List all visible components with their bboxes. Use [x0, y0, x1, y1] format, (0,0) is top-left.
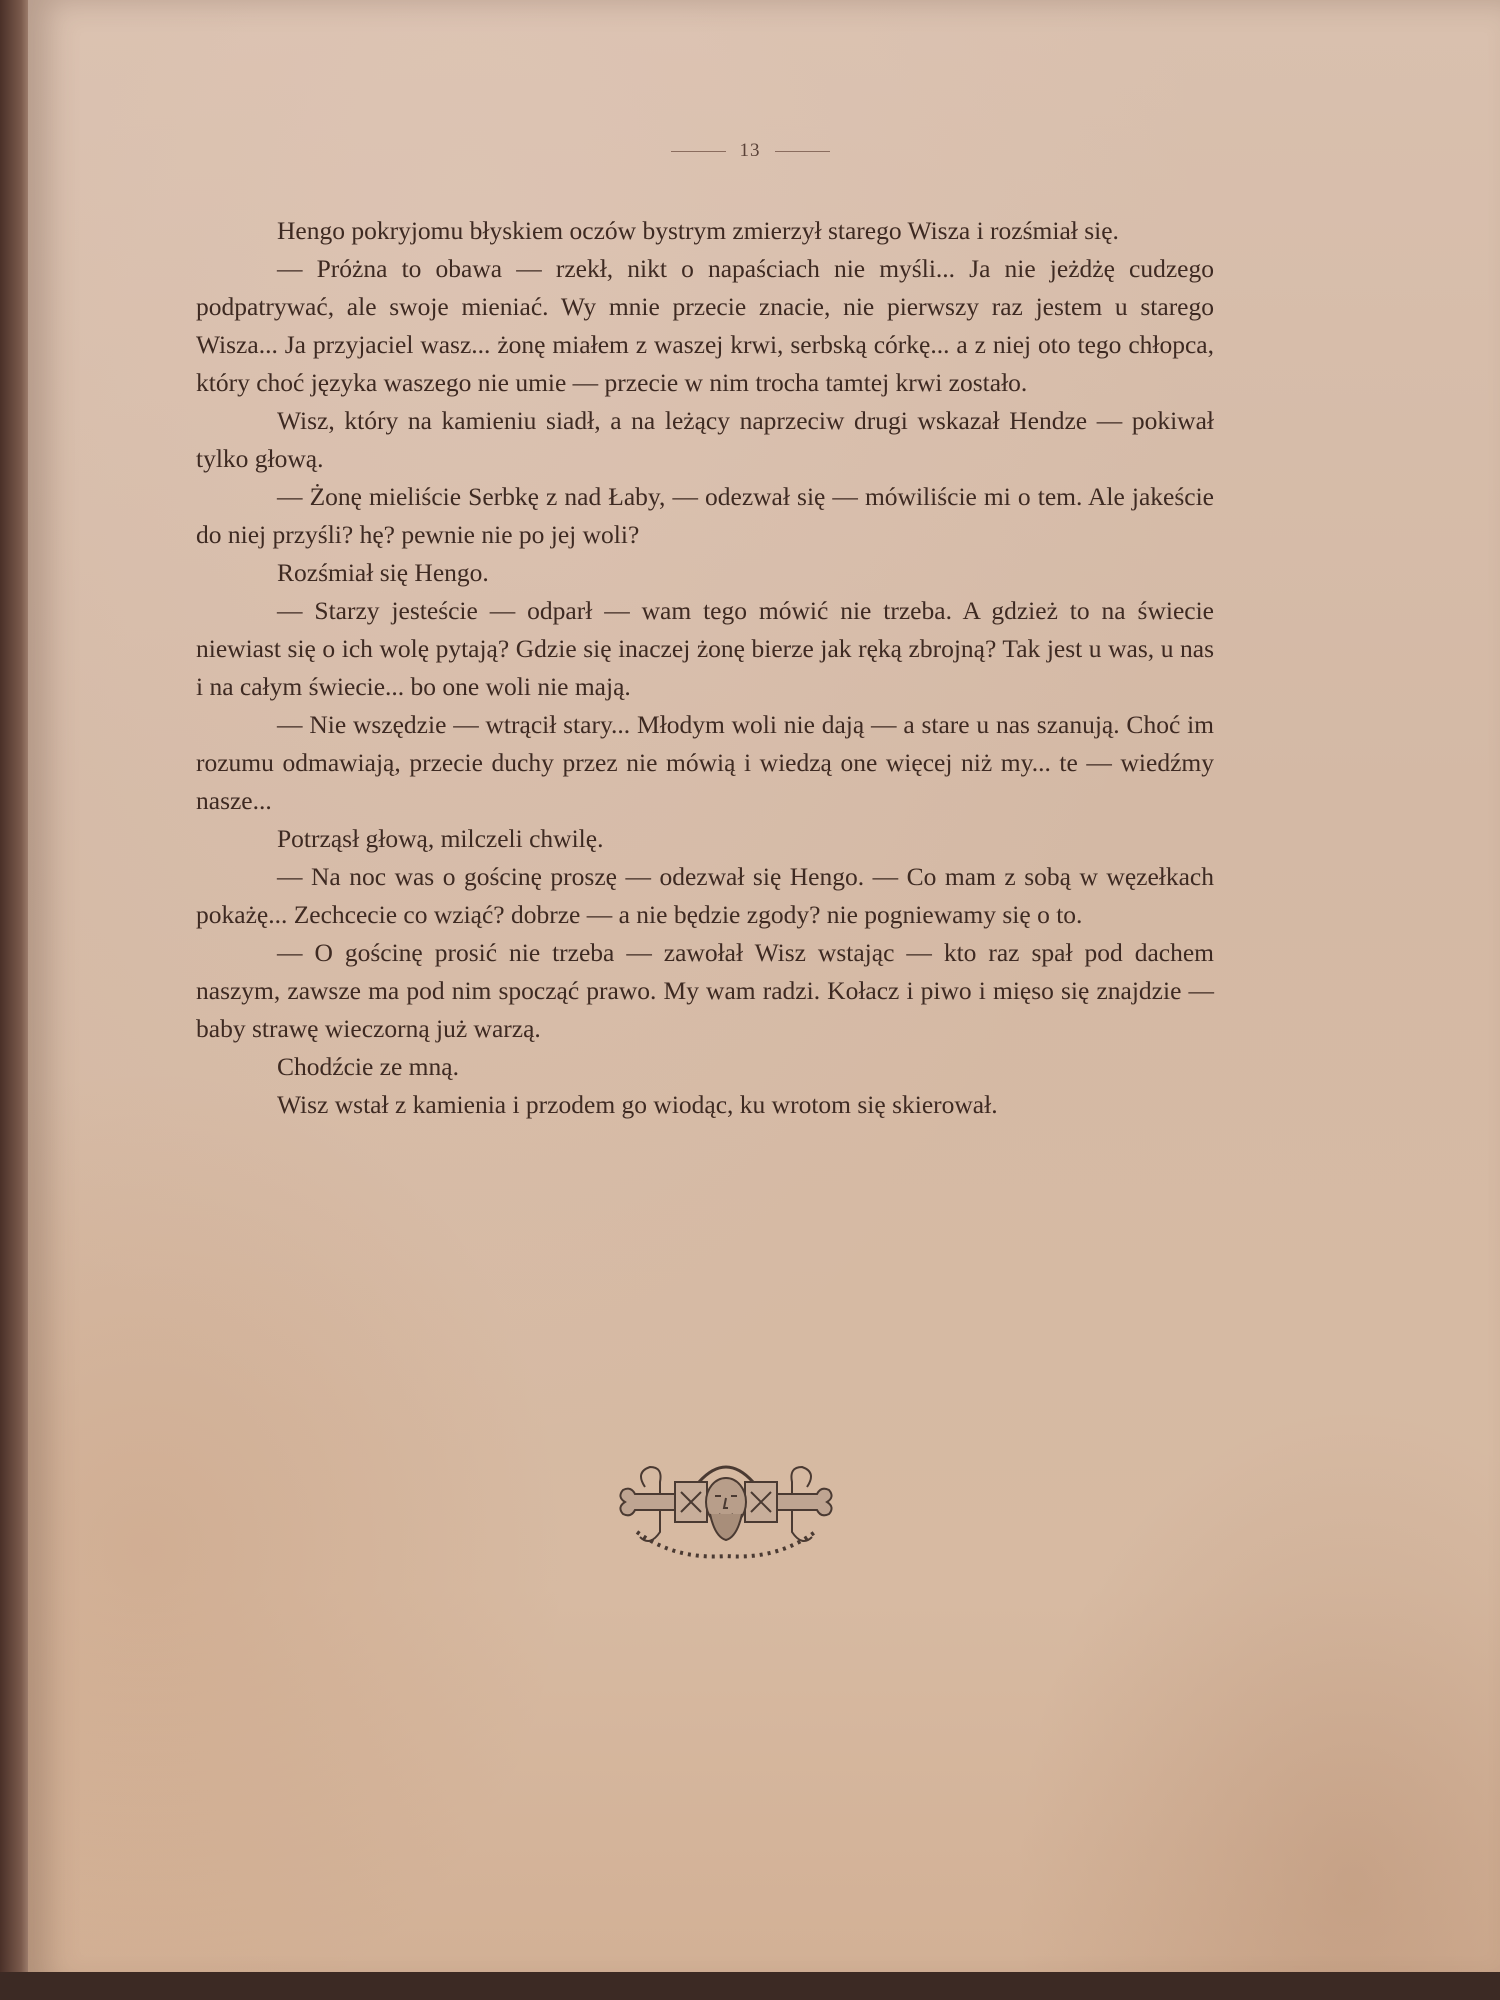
page-bottom-edge — [0, 1972, 1500, 2000]
paragraph: Potrząsł głową, milczeli chwilę. — [196, 820, 1214, 858]
paragraph: — O gościnę prosić nie trzeba — zawołał … — [196, 934, 1214, 1048]
page-number: 13 — [740, 140, 761, 161]
paragraph: Rozśmiał się Hengo. — [196, 554, 1214, 592]
paragraph: Hengo pokryjomu błyskiem oczów bystrym z… — [196, 212, 1214, 250]
paragraph: Wisz wstał z kamienia i przodem go wiodą… — [196, 1086, 1214, 1124]
paragraph: — Nie wszędzie — wtrącił stary... Młodym… — [196, 706, 1214, 820]
book-spine-shadow — [0, 0, 30, 2000]
paragraph: — Żonę mieliście Serbkę z nad Łaby, — od… — [196, 478, 1214, 554]
folio-rule-left — [671, 151, 726, 152]
paragraph: — Na noc was o gościnę proszę — odezwał … — [196, 858, 1214, 934]
paragraph: Wisz, który na kamieniu siadł, a na leżą… — [196, 402, 1214, 478]
paragraph: — Starzy jesteście — odparł — wam tego m… — [196, 592, 1214, 706]
folio-rule-right — [775, 151, 830, 152]
body-text: Hengo pokryjomu błyskiem oczów bystrym z… — [196, 212, 1214, 1124]
paragraph: Chodźcie ze mną. — [196, 1048, 1214, 1086]
page-number-header: 13 — [0, 140, 1500, 162]
paragraph: — Próżna to obawa — rzekł, nikt o napaśc… — [196, 250, 1214, 402]
tailpiece-ornament-icon — [615, 1452, 837, 1562]
